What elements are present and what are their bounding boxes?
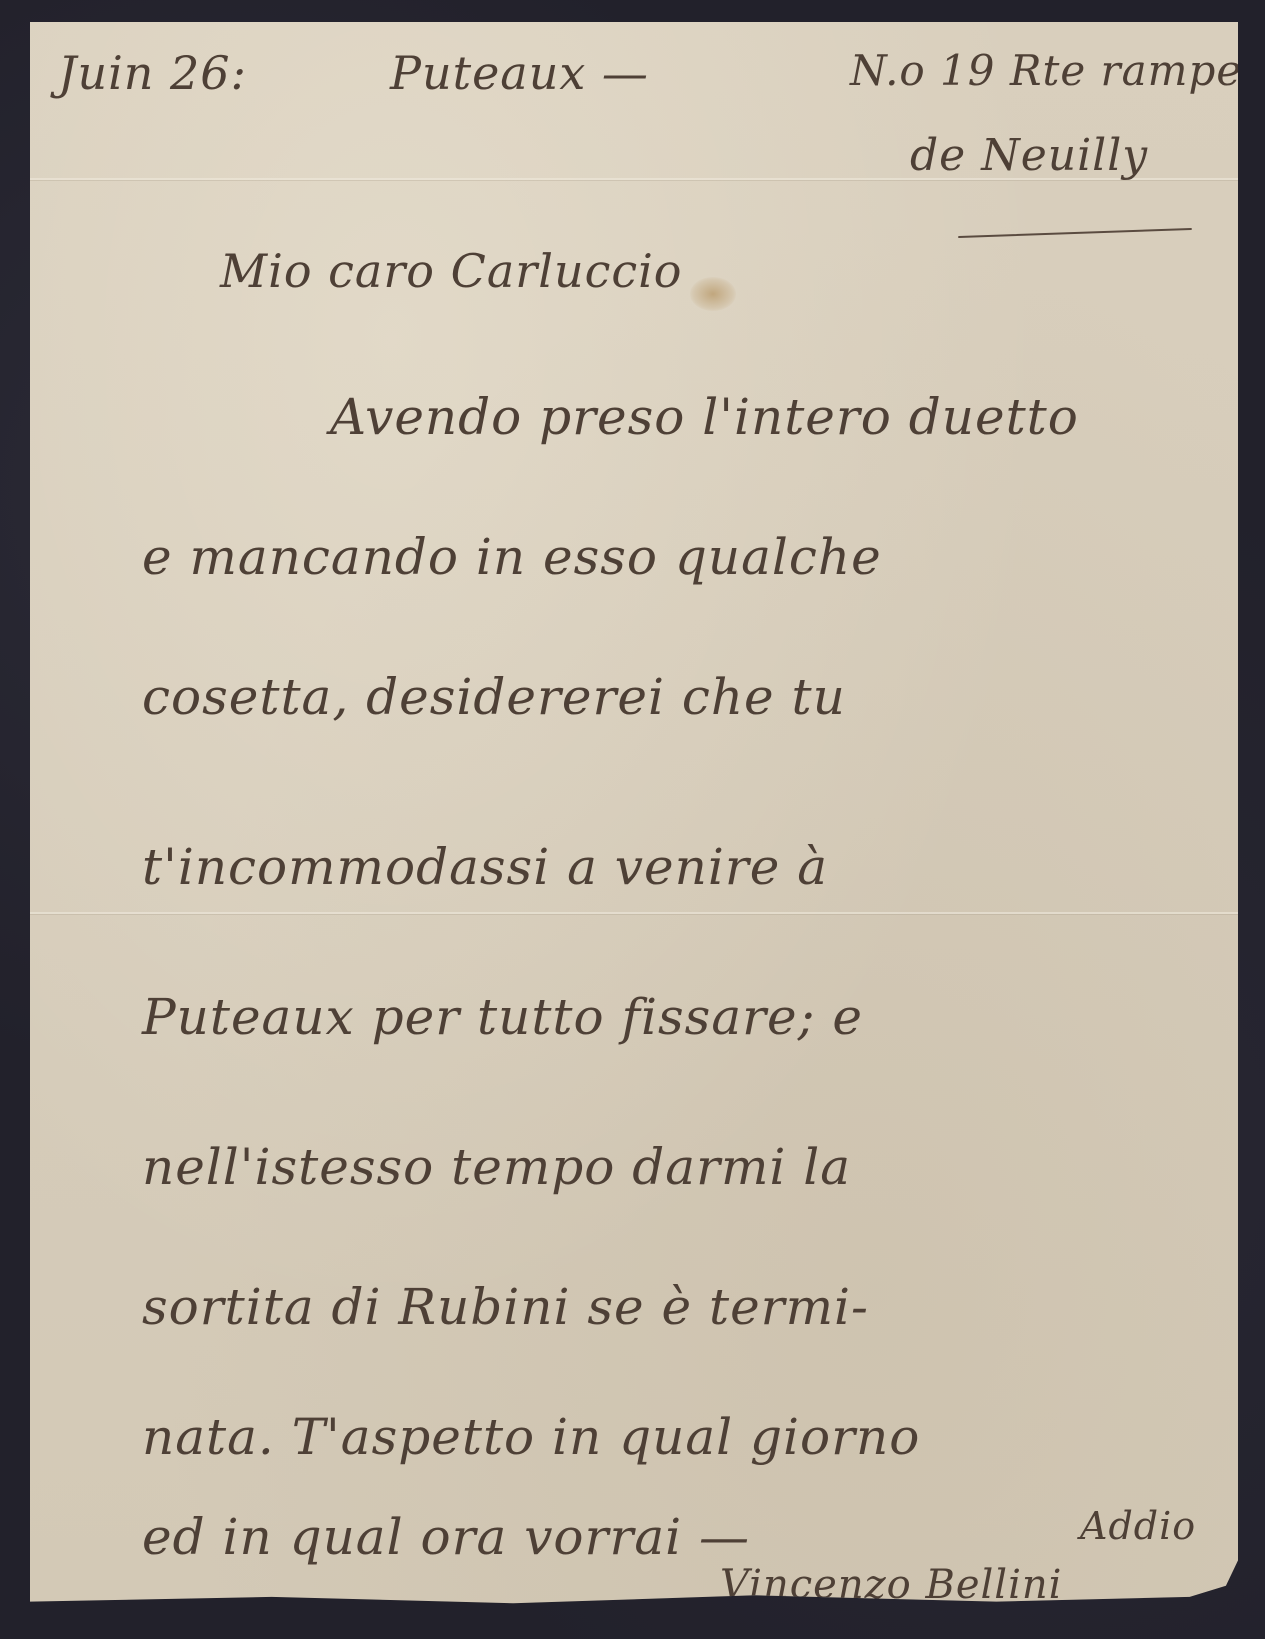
letter-place: Puteaux —	[390, 46, 649, 100]
letter-address-line2: de Neuilly	[910, 130, 1148, 181]
body-line-7: sortita di Rubini se è termi-	[142, 1278, 869, 1336]
letter-closing: Addio	[1080, 1504, 1196, 1548]
ink-stain	[690, 277, 736, 311]
body-line-3: cosetta, desidererei che tu	[142, 668, 846, 726]
letter-sheet: Juin 26: Puteaux — N.o 19 Rte rampe de N…	[30, 22, 1238, 1608]
letter-address-line1: N.o 19 Rte rampe	[850, 46, 1242, 95]
body-line-6: nell'istesso tempo darmi la	[142, 1138, 851, 1196]
fold-crease-middle	[30, 912, 1238, 914]
body-line-5: Puteaux per tutto fissare; e	[142, 988, 863, 1046]
letter-date: Juin 26:	[58, 46, 247, 100]
address-underline	[958, 228, 1192, 238]
body-line-2: e mancando in esso qualche	[142, 528, 882, 586]
letter-salutation: Mio caro Carluccio	[220, 244, 683, 298]
body-line-9: ed in qual ora vorrai —	[142, 1508, 750, 1566]
body-line-4: t'incommodassi a venire à	[142, 838, 828, 896]
body-line-8: nata. T'aspetto in qual giorno	[142, 1408, 920, 1466]
body-line-1: Avendo preso l'intero duetto	[330, 388, 1079, 446]
